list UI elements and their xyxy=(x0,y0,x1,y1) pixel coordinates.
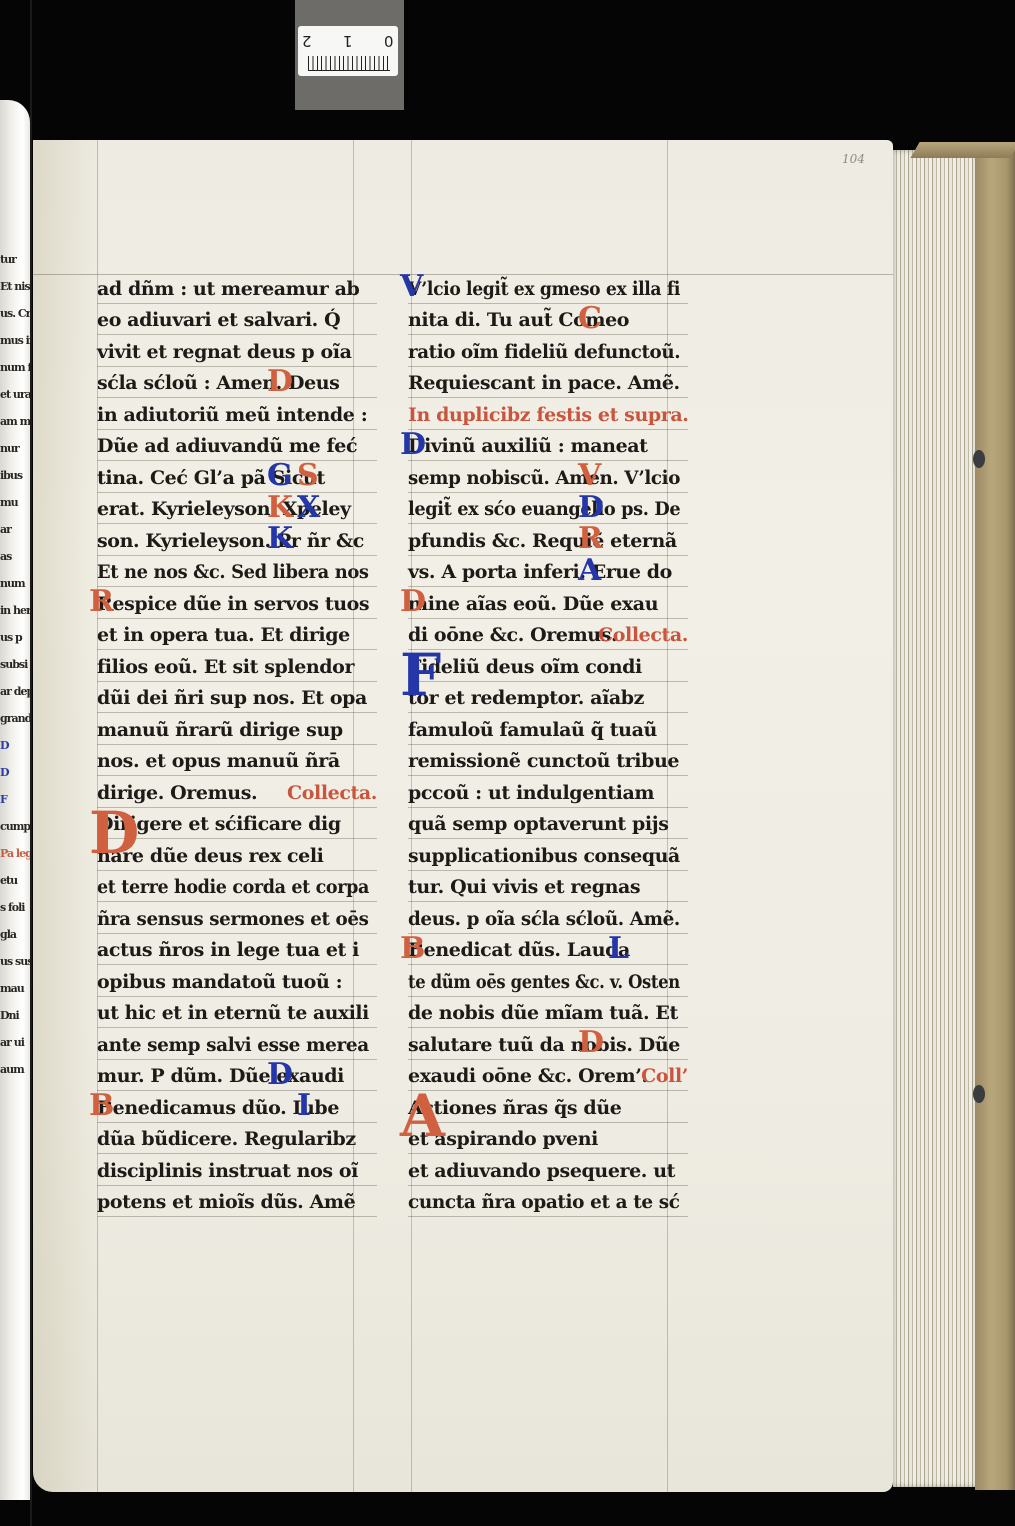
facing-page-text-fragment: D xyxy=(0,763,30,783)
text-line: de nobis dũe mĩam tuã. Et xyxy=(408,997,688,1029)
text-line: vivit et regnat deus p oĩa xyxy=(97,335,377,367)
text-line-content: pfundis &c. Requiẽ eternã xyxy=(408,530,677,552)
text-line: et terre hodie corda et corpa xyxy=(97,871,377,903)
facing-page-text-fragment: mu xyxy=(0,493,30,513)
decorated-initial-r: R xyxy=(89,587,114,617)
scale-label-0: 0 xyxy=(384,32,394,50)
text-line: te dũm oēs gentes &c. v. Osten xyxy=(408,965,688,997)
text-line: legit̃ ex sćo euangelio ps. De xyxy=(408,493,688,525)
text-line: nos. et opus manuũ ñrā xyxy=(97,745,377,777)
text-line-content: In duplicibz festis et supra. xyxy=(408,404,689,426)
text-line: Fideliũ deus oĩm condi xyxy=(408,650,688,682)
text-line: Actiones ñras q̃s dũe xyxy=(408,1091,688,1123)
facing-page-text-fragment: mau xyxy=(0,979,30,999)
text-line: ante semp salvi esse merea xyxy=(97,1028,377,1060)
text-line: In duplicibz festis et supra. xyxy=(408,398,688,430)
text-line-content: potens et mioĩs dũs. Amẽ xyxy=(97,1191,355,1213)
facing-page-text-fragment: aum xyxy=(0,1060,30,1080)
decorated-initial-d: D xyxy=(400,430,426,460)
decorated-initial-k: K xyxy=(267,524,293,554)
decorated-initial-d: D xyxy=(89,804,139,862)
decorated-initial-v: V xyxy=(400,272,423,302)
decorated-initial-g: G xyxy=(267,461,293,491)
decorated-initial-d: D xyxy=(578,1028,604,1058)
scale-ticks xyxy=(308,56,390,70)
scale-bar-holder: 2 1 0 xyxy=(295,0,404,110)
facing-page-text-fragment: mus in xyxy=(0,331,30,351)
text-line: in adiutoriũ meũ intende : xyxy=(97,398,377,430)
text-line: disciplinis instruat nos oĩ xyxy=(97,1154,377,1186)
text-line: ut hic et in eternũ te auxili xyxy=(97,997,377,1029)
text-line: Benedicat dũs. Lauda xyxy=(408,934,688,966)
rubric: Collecta. xyxy=(287,782,377,804)
text-line: manuũ ñrarũ dirige sup xyxy=(97,713,377,745)
text-line-content: de nobis dũe mĩam tuã. Et xyxy=(408,1002,678,1024)
facing-page-text-fragment: et ura xyxy=(0,385,30,405)
scale-label-2: 2 xyxy=(302,32,312,50)
decorated-initial-l: L xyxy=(608,934,629,964)
decorated-initial-k: K xyxy=(267,493,293,523)
decorated-initial-d: D xyxy=(400,587,426,617)
text-line-content: tor et redemptor. aĩabz xyxy=(408,687,644,709)
decorated-initial-s: S xyxy=(297,461,319,491)
text-line-content: Benedicat dũs. Lauda xyxy=(408,939,630,961)
text-column-b: V’lcio legit̃ ex gmeso ex illa finita di… xyxy=(408,272,688,1217)
text-line-content: semp nobiscũ. Amen. V’lcio xyxy=(408,467,680,489)
text-line-content: actus ñros in lege tua et i xyxy=(97,939,359,961)
facing-page-text-fragment: cumpl xyxy=(0,817,30,837)
text-line-content: tur. Qui vivis et regnas xyxy=(408,876,640,898)
gutter xyxy=(30,0,32,1526)
facing-page-text-fragment: us. Cr xyxy=(0,304,30,324)
text-line-content: legit̃ ex sćo euangelio ps. De xyxy=(408,498,680,520)
text-column-a: ad dñm : ut mereamur abeo adiuvari et s… xyxy=(97,272,377,1217)
decorated-initial-a: A xyxy=(400,1087,445,1145)
text-line: remissionẽ cunctoũ tribue xyxy=(408,745,688,777)
decorated-initial-i: I xyxy=(297,1091,311,1121)
text-line-content: ñra sensus sermones et oēs xyxy=(97,908,368,930)
text-line-content: vs. A porta inferi. Erue do xyxy=(408,561,672,583)
text-line-content: disciplinis instruat nos oĩ xyxy=(97,1160,358,1182)
facing-page-text-fragment: am me xyxy=(0,412,30,432)
text-line-content: salutare tuũ da nobis. Dũe xyxy=(408,1034,680,1056)
text-line-content: filios eoũ. Et sit splendor xyxy=(97,656,354,678)
text-line-content: supplicationibus consequã xyxy=(408,845,680,867)
text-line: exaudi oōne &c. Orem’.Coll’ xyxy=(408,1060,688,1092)
text-line-content: manuũ ñrarũ dirige sup xyxy=(97,719,343,741)
text-line-content: et adiuvando psequere. ut xyxy=(408,1160,675,1182)
facing-page-text-fragment: num xyxy=(0,574,30,594)
text-line-content: mur. P dũm. Dũe exaudi xyxy=(97,1065,344,1087)
text-line: ñra sensus sermones et oēs xyxy=(97,902,377,934)
facing-page-text-fragment: ibus xyxy=(0,466,30,486)
text-line-content: cuncta ñra opatio et a te sć xyxy=(408,1191,680,1213)
text-line: sćla sćloũ : Amen. Deus xyxy=(97,367,377,399)
facing-page-text-fragment: us sus xyxy=(0,952,30,972)
text-line: pfundis &c. Requiẽ eternã xyxy=(408,524,688,556)
decorated-initial-d: D xyxy=(267,1060,293,1090)
text-line-content: Requiescant in pace. Amẽ. xyxy=(408,372,680,394)
text-line: son. Kyrieleyson. Pr ñr &c xyxy=(97,524,377,556)
text-line: erat. Kyrieleyson. Xpeley xyxy=(97,493,377,525)
text-line: potens et mioĩs dũs. Amẽ xyxy=(97,1186,377,1218)
decorated-initial-b: B xyxy=(89,1091,114,1121)
text-line-content: sćla sćloũ : Amen. Deus xyxy=(97,372,339,394)
text-line: dũa bũdicere. Regularibz xyxy=(97,1123,377,1155)
text-line-content: remissionẽ cunctoũ tribue xyxy=(408,750,679,772)
decorated-initial-b: B xyxy=(400,934,425,964)
rubric: Collecta. xyxy=(598,624,688,646)
text-line-content: dũa bũdicere. Regularibz xyxy=(97,1128,356,1150)
text-line: nita di. Tu aut̃ Comeo xyxy=(408,304,688,336)
facing-page-text-fragment: Pa legr xyxy=(0,844,30,864)
facing-page-text-fragment: ar dep xyxy=(0,682,30,702)
text-line: Respice dũe in servos tuos xyxy=(97,587,377,619)
facing-page-text-fragment: tur xyxy=(0,250,30,270)
text-line: mine aĩas eoũ. Dũe exau xyxy=(408,587,688,619)
text-line-content: Et ne nos &c. Sed libera nos xyxy=(97,561,369,583)
facing-page-text-fragment: Et nis xyxy=(0,277,30,297)
facing-page-text-fragment: s foli xyxy=(0,898,30,918)
text-line: ad dñm : ut mereamur ab xyxy=(97,272,377,304)
facing-page-text-fragment: grand xyxy=(0,709,30,729)
facing-page-text-fragment: D xyxy=(0,736,30,756)
facing-page-text-fragment: gla xyxy=(0,925,30,945)
text-line-content: te dũm oēs gentes &c. v. Osten xyxy=(408,971,680,993)
text-line-content: ratio oĩm fideliũ defunctoũ. xyxy=(408,341,680,363)
text-line: famuloũ famulaũ q̃ tuaũ xyxy=(408,713,688,745)
text-line: semp nobiscũ. Amen. V’lcio xyxy=(408,461,688,493)
text-line: quã semp optaverunt pijs xyxy=(408,808,688,840)
scale-baseline xyxy=(308,70,390,71)
clasp-rivet-icon xyxy=(973,450,985,468)
text-line: supplicationibus consequã xyxy=(408,839,688,871)
text-line-content: Dũe ad adiuvandũ me feć xyxy=(97,435,357,457)
decorated-initial-f: F xyxy=(400,646,441,704)
text-line-content: ante semp salvi esse merea xyxy=(97,1034,369,1056)
decorated-initial-v: V xyxy=(578,461,601,491)
text-line-content: ut hic et in eternũ te auxili xyxy=(97,1002,369,1024)
text-line: pccoũ : ut indulgentiam xyxy=(408,776,688,808)
text-line: Dũe ad adiuvandũ me feć xyxy=(97,430,377,462)
text-line: et in opera tua. Et dirige xyxy=(97,619,377,651)
scale-label-1: 1 xyxy=(343,32,353,50)
text-line: mur. P dũm. Dũe exaudi xyxy=(97,1060,377,1092)
facing-page-text-fragment: nur xyxy=(0,439,30,459)
text-line-content: ad dñm : ut mereamur ab xyxy=(97,278,359,300)
text-line-content: nos. et opus manuũ ñrā xyxy=(97,750,340,772)
text-line-content: Fideliũ deus oĩm condi xyxy=(408,656,642,678)
decorated-initial-a: A xyxy=(578,556,601,586)
scale-bar: 2 1 0 xyxy=(298,26,398,76)
text-line-content: dũi dei ñri sup nos. Et opa xyxy=(97,687,367,709)
facing-page-text-fragment: Dni xyxy=(0,1006,30,1026)
text-line: Et ne nos &c. Sed libera nos xyxy=(97,556,377,588)
text-line: Divinũ auxiliũ : maneat xyxy=(408,430,688,462)
decorated-initial-c: C xyxy=(578,304,602,334)
text-line: di oōne &c. Oremus.Collecta. xyxy=(408,619,688,651)
text-line: salutare tuũ da nobis. Dũe xyxy=(408,1028,688,1060)
text-line-content: et in opera tua. Et dirige xyxy=(97,624,350,646)
fore-edge-page-stack xyxy=(893,150,978,1487)
clasp-rivet-icon xyxy=(973,1085,985,1103)
folio-number: 104 xyxy=(842,152,865,166)
text-line: dũi dei ñri sup nos. Et opa xyxy=(97,682,377,714)
text-line: actus ñros in lege tua et i xyxy=(97,934,377,966)
leather-binding xyxy=(975,150,1015,1490)
decorated-initial-d: D xyxy=(267,367,293,397)
text-line-content: V’lcio legit̃ ex gmeso ex illa fi xyxy=(408,278,680,300)
text-line-content: deus. p oĩa sćla sćloũ. Amẽ. xyxy=(408,908,680,930)
text-line: cuncta ñra opatio et a te sć xyxy=(408,1186,688,1218)
decorated-initial-d: D xyxy=(578,493,604,523)
text-line-content: son. Kyrieleyson. Pr ñr &c xyxy=(97,530,364,552)
text-line: filios eoũ. Et sit splendor xyxy=(97,650,377,682)
facing-page-text-fragment: subsi xyxy=(0,655,30,675)
facing-page-text-fragment: as xyxy=(0,547,30,567)
text-line: eo adiuvari et salvari. Q́ xyxy=(97,304,377,336)
text-line-content: mine aĩas eoũ. Dũe exau xyxy=(408,593,658,615)
text-line: et adiuvando psequere. ut xyxy=(408,1154,688,1186)
text-line-content: Respice dũe in servos tuos xyxy=(97,593,369,615)
text-line: tina. Ceć Gl’a pã Sicut xyxy=(97,461,377,493)
text-line: et aspirando pveni xyxy=(408,1123,688,1155)
text-line: opibus mandatoũ tuoũ : xyxy=(97,965,377,997)
text-line-content: Divinũ auxiliũ : maneat xyxy=(408,435,648,457)
decorated-initial-r: R xyxy=(578,524,603,554)
facing-page-text-fragment: in her xyxy=(0,601,30,621)
facing-page-text-fragment: num f xyxy=(0,358,30,378)
text-line: deus. p oĩa sćla sćloũ. Amẽ. xyxy=(408,902,688,934)
facing-page-text-fragment: etu xyxy=(0,871,30,891)
facing-page-text-fragment: ar ui xyxy=(0,1033,30,1053)
facing-page-edge: turEt nisus. Crmus innum fet uraam menur… xyxy=(0,100,30,1500)
text-line: tur. Qui vivis et regnas xyxy=(408,871,688,903)
facing-page-text-fragment: ar xyxy=(0,520,30,540)
decorated-initial-x: X xyxy=(297,493,320,523)
facing-page-text-fragment: us p xyxy=(0,628,30,648)
rubric: Coll’ xyxy=(641,1065,688,1087)
text-line: ratio oĩm fideliũ defunctoũ. xyxy=(408,335,688,367)
text-line-content: in adiutoriũ meũ intende : xyxy=(97,404,367,426)
text-line-content: opibus mandatoũ tuoũ : xyxy=(97,971,342,993)
text-line-content: eo adiuvari et salvari. Q́ xyxy=(97,309,340,331)
text-line-content: vivit et regnat deus p oĩa xyxy=(97,341,352,363)
text-line-content: et terre hodie corda et corpa xyxy=(97,876,369,898)
text-line: Requiescant in pace. Amẽ. xyxy=(408,367,688,399)
text-line-content: quã semp optaverunt pijs xyxy=(408,813,669,835)
text-line: V’lcio legit̃ ex gmeso ex illa fi xyxy=(408,272,688,304)
facing-page-text-fragment: F xyxy=(0,790,30,810)
text-line: Benedicamus dũo. Iube xyxy=(97,1091,377,1123)
text-line: vs. A porta inferi. Erue do xyxy=(408,556,688,588)
text-line-content: famuloũ famulaũ q̃ tuaũ xyxy=(408,719,657,741)
text-line: tor et redemptor. aĩabz xyxy=(408,682,688,714)
text-line-content: pccoũ : ut indulgentiam xyxy=(408,782,654,804)
